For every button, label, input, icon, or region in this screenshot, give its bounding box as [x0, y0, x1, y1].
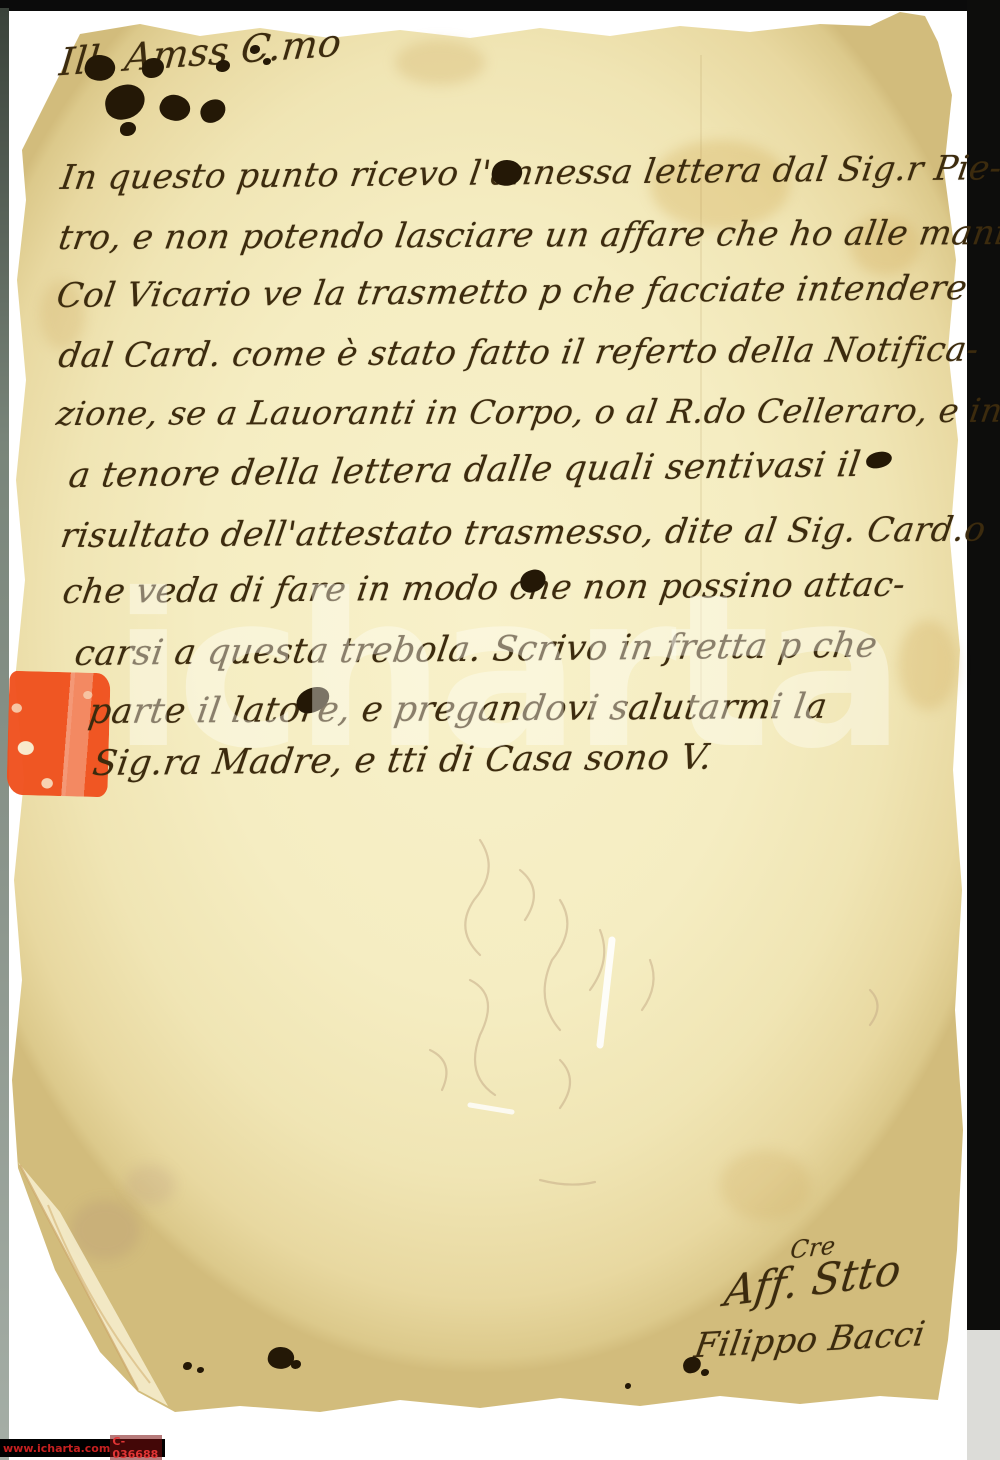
archive-site-label: www.icharta.com [3, 1442, 110, 1455]
archive-code-badge: C-036688 [110, 1435, 162, 1460]
body-line: che veda di fare in modo che non possino… [60, 565, 908, 612]
body-line: tro, e non potendo lasciare un affare ch… [56, 213, 1000, 258]
body-line: dal Card. come è stato fatto il referto … [56, 330, 982, 376]
body-line: Col Vicario ve la trasmetto p che faccia… [54, 268, 970, 316]
archive-label-bar: www.icharta.com C-036688 [0, 1439, 165, 1457]
scanned-letter-page: Ill. Amss C.mo In questo punto ricevo l'… [0, 0, 1000, 1460]
body-line: carsi a questa trebola. Scrivo in fretta… [72, 626, 880, 674]
body-line: parte il latore, e pregandovi salutarmi … [86, 687, 830, 732]
body-line: Sig.ra Madre, e tti di Casa sono V. [90, 738, 715, 785]
body-line: risultato dell'attestato trasmesso, dite… [58, 510, 989, 556]
body-line: zione, se a Lauoranti in Corpo, o al R.d… [54, 390, 1000, 433]
